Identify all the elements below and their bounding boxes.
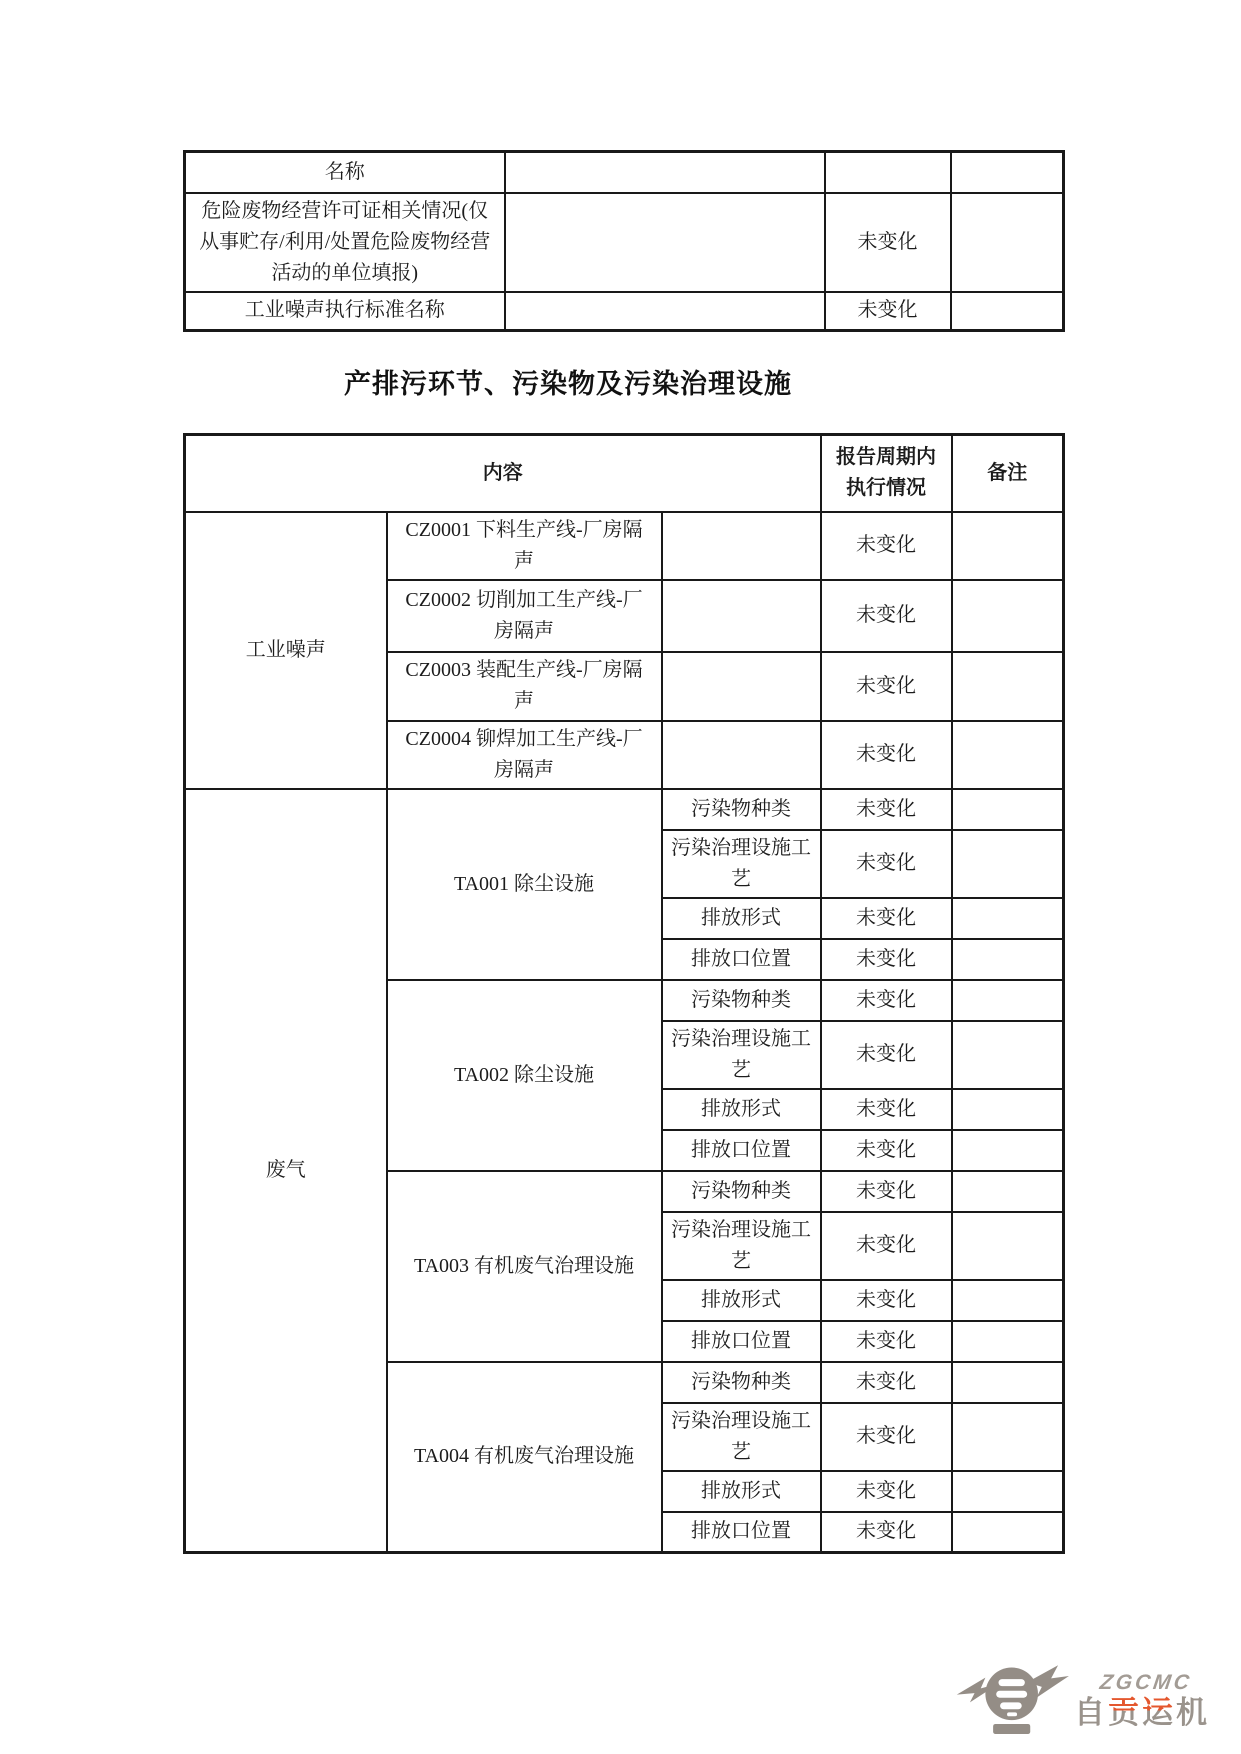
remark-cell — [952, 1362, 1064, 1403]
empty-cell — [662, 652, 821, 721]
value-cell — [505, 152, 825, 193]
item-label: 排放口位置 — [662, 939, 821, 980]
report-page: 名称 危险废物经营许可证相关情况(仅从事贮存/利用/处置危险废物经营活动的单位填… — [0, 0, 1241, 1754]
status-cell: 未变化 — [821, 652, 952, 721]
item-label: 排放形式 — [662, 1089, 821, 1130]
gas-group-label: 废气 — [185, 789, 387, 1553]
remark-cell — [952, 721, 1064, 789]
status-cell: 未变化 — [821, 1171, 952, 1212]
remark-cell — [952, 1021, 1064, 1089]
item-label: 污染物种类 — [662, 1362, 821, 1403]
value-cell — [505, 193, 825, 292]
remark-cell — [952, 1280, 1064, 1321]
item-label: 排放形式 — [662, 898, 821, 939]
item-label: 污染治理设施工艺 — [662, 830, 821, 898]
remark-cell — [952, 898, 1064, 939]
pollution-facilities-table: 内容 报告周期内执行情况 备注 工业噪声 CZ0001 下料生产线-厂房隔声 未… — [183, 433, 1065, 1554]
remark-cell — [952, 1403, 1064, 1471]
row-label: 工业噪声执行标准名称 — [185, 292, 505, 331]
item-label: 污染治理设施工艺 — [662, 1212, 821, 1280]
status-cell: 未变化 — [821, 898, 952, 939]
status-cell: 未变化 — [821, 789, 952, 830]
item-label: 排放形式 — [662, 1471, 821, 1512]
facility-name: TA002 除尘设施 — [387, 980, 662, 1171]
status-cell — [825, 152, 951, 193]
status-cell: 未变化 — [821, 1512, 952, 1553]
remark-cell — [952, 939, 1064, 980]
status-cell: 未变化 — [821, 512, 952, 580]
logo-char: 运 — [1142, 1695, 1176, 1730]
item-label: 污染治理设施工艺 — [662, 1021, 821, 1089]
remark-cell — [952, 580, 1064, 652]
remark-cell — [952, 1089, 1064, 1130]
remark-cell — [952, 1321, 1064, 1362]
table-row: 危险废物经营许可证相关情况(仅从事贮存/利用/处置危险废物经营活动的单位填报) … — [185, 193, 1064, 292]
logo-latin-text: ZGCMC — [1099, 1672, 1212, 1693]
item-label: 污染物种类 — [662, 1171, 821, 1212]
row-label: 名称 — [185, 152, 505, 193]
company-logo: ZGCMC 自贡运机 — [956, 1654, 1241, 1744]
content-header: 内容 — [185, 435, 821, 512]
status-cell: 未变化 — [821, 580, 952, 652]
row-label: 危险废物经营许可证相关情况(仅从事贮存/利用/处置危险废物经营活动的单位填报) — [185, 193, 505, 292]
status-cell: 未变化 — [821, 721, 952, 789]
item-label: 排放口位置 — [662, 1321, 821, 1362]
item-label: 排放口位置 — [662, 1130, 821, 1171]
remark-cell — [952, 512, 1064, 580]
noise-row: 工业噪声 CZ0001 下料生产线-厂房隔声 未变化 — [185, 512, 1064, 580]
remark-cell — [952, 830, 1064, 898]
empty-cell — [662, 580, 821, 652]
logo-char: 贡 — [1108, 1695, 1142, 1730]
table-row: 工业噪声执行标准名称 未变化 — [185, 292, 1064, 331]
status-cell: 未变化 — [821, 1280, 952, 1321]
execution-header-text: 报告周期内执行情况 — [830, 442, 942, 504]
item-label: 排放口位置 — [662, 1512, 821, 1553]
gas-row: 废气 TA001 除尘设施 污染物种类 未变化 — [185, 789, 1064, 830]
item-label: 污染物种类 — [662, 789, 821, 830]
permit-info-table: 名称 危险废物经营许可证相关情况(仅从事贮存/利用/处置危险废物经营活动的单位填… — [183, 150, 1065, 332]
header-row: 内容 报告周期内执行情况 备注 — [185, 435, 1064, 512]
facility-name: TA003 有机废气治理设施 — [387, 1171, 662, 1362]
status-cell: 未变化 — [821, 1021, 952, 1089]
facility-name: TA001 除尘设施 — [387, 789, 662, 980]
remark-cell — [952, 1471, 1064, 1512]
item-label: 排放形式 — [662, 1280, 821, 1321]
remark-header: 备注 — [952, 435, 1064, 512]
status-cell: 未变化 — [821, 1362, 952, 1403]
noise-line-desc: CZ0001 下料生产线-厂房隔声 — [387, 512, 662, 580]
execution-header: 报告周期内执行情况 — [821, 435, 952, 512]
remark-cell — [952, 1512, 1064, 1553]
status-cell: 未变化 — [821, 1321, 952, 1362]
noise-group-label: 工业噪声 — [185, 512, 387, 789]
logo-text: ZGCMC 自贡运机 — [1074, 1672, 1210, 1730]
noise-line-desc: CZ0002 切削加工生产线-厂房隔声 — [387, 580, 662, 652]
empty-cell — [662, 512, 821, 580]
status-cell: 未变化 — [821, 1212, 952, 1280]
status-cell: 未变化 — [821, 1471, 952, 1512]
table-row: 名称 — [185, 152, 1064, 193]
remark-cell — [952, 789, 1064, 830]
status-cell: 未变化 — [825, 292, 951, 331]
empty-cell — [662, 721, 821, 789]
remark-cell — [951, 193, 1064, 292]
remark-cell — [951, 152, 1064, 193]
remark-cell — [952, 980, 1064, 1021]
status-cell: 未变化 — [821, 1089, 952, 1130]
logo-char: 自 — [1074, 1695, 1108, 1730]
remark-cell — [951, 292, 1064, 331]
section-title: 产排污环节、污染物及污染治理设施 — [344, 362, 792, 401]
item-label: 污染治理设施工艺 — [662, 1403, 821, 1471]
noise-line-desc: CZ0003 装配生产线-厂房隔声 — [387, 652, 662, 721]
status-cell: 未变化 — [825, 193, 951, 292]
status-cell: 未变化 — [821, 1130, 952, 1171]
status-cell: 未变化 — [821, 1403, 952, 1471]
winch-emblem-icon — [956, 1654, 1072, 1736]
status-cell: 未变化 — [821, 830, 952, 898]
remark-cell — [952, 652, 1064, 721]
logo-chinese-text: 自贡运机 — [1074, 1696, 1210, 1730]
value-cell — [505, 292, 825, 331]
remark-cell — [952, 1130, 1064, 1171]
remark-cell — [952, 1212, 1064, 1280]
status-cell: 未变化 — [821, 939, 952, 980]
facility-name: TA004 有机废气治理设施 — [387, 1362, 662, 1553]
status-cell: 未变化 — [821, 980, 952, 1021]
item-label: 污染物种类 — [662, 980, 821, 1021]
noise-line-desc: CZ0004 铆焊加工生产线-厂房隔声 — [387, 721, 662, 789]
remark-cell — [952, 1171, 1064, 1212]
logo-char: 机 — [1176, 1695, 1210, 1730]
